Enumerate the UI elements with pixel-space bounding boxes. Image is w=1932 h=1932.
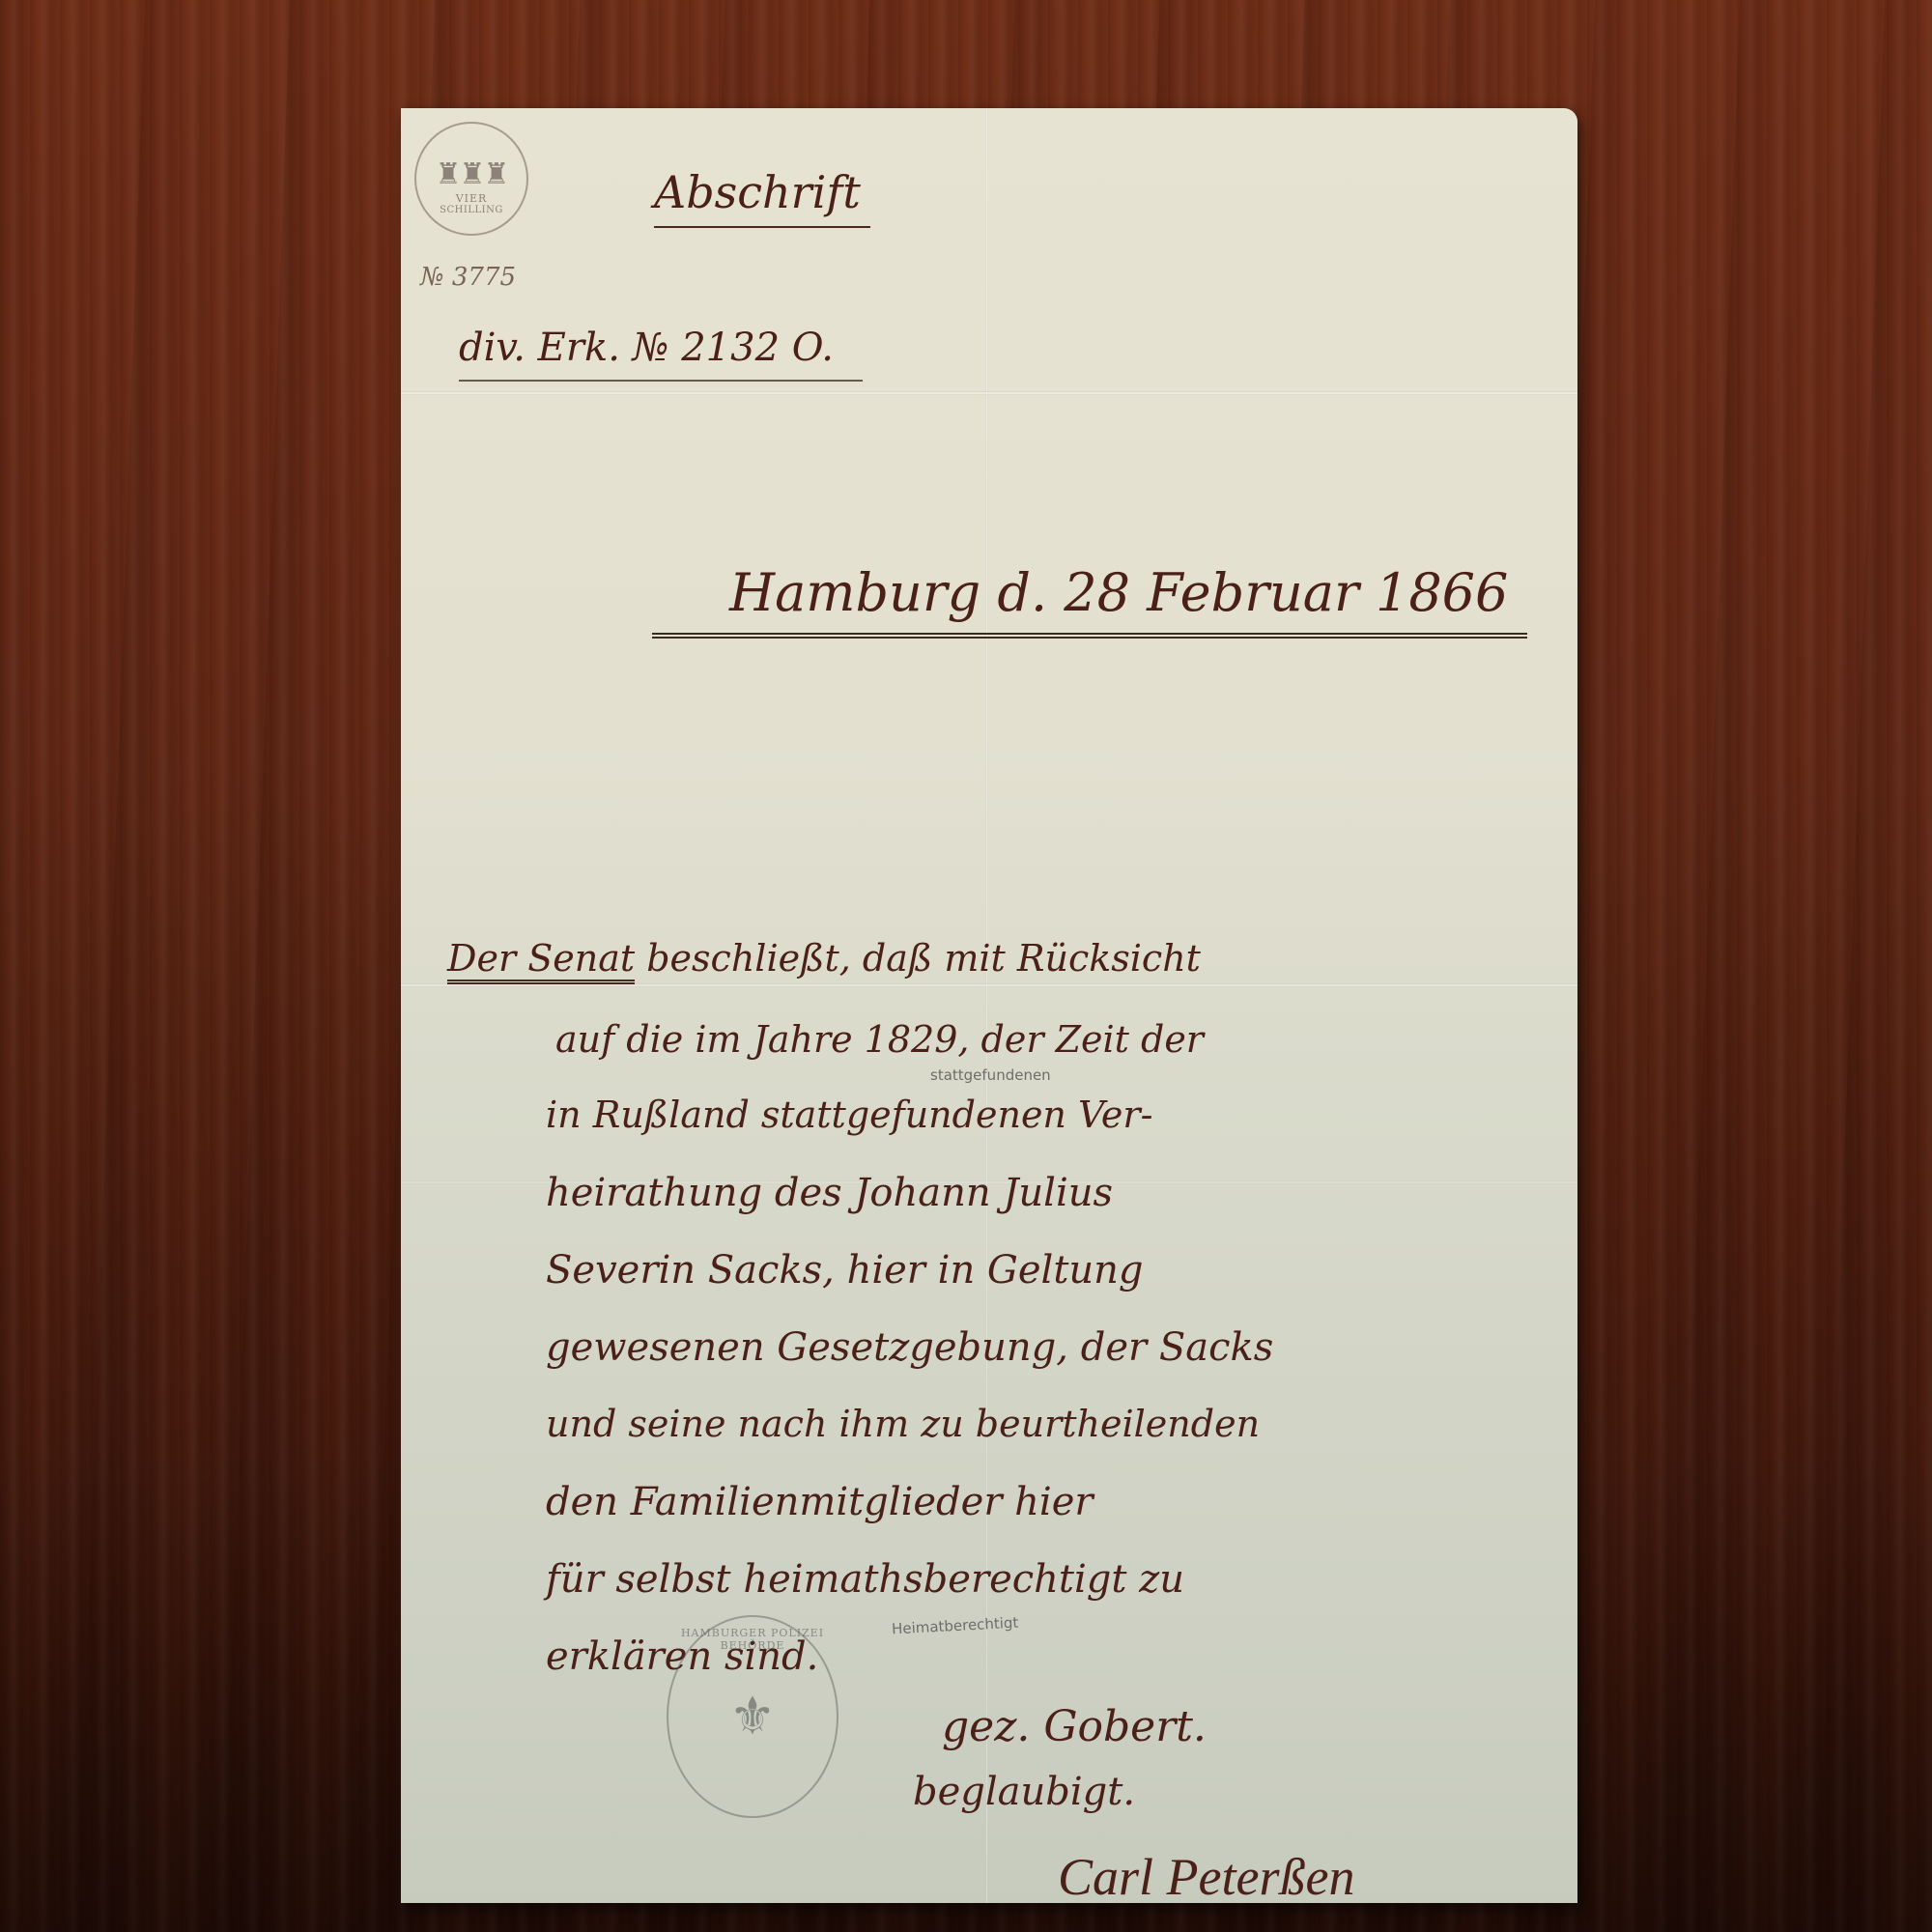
place-and-date: Hamburg d. 28 Februar 1866: [652, 562, 1527, 639]
hamburg-castle-icon: ♜♜♜: [436, 160, 508, 189]
reference-number: div. Erk. № 2132 O.: [459, 326, 863, 382]
body-line-2: auf die im Jahre 1829, der Zeit der: [555, 1018, 1204, 1061]
body-line-4: heirathung des Johann Julius: [546, 1171, 1113, 1215]
body-line-7: und seine nach ihm zu beurtheilenden: [546, 1403, 1260, 1445]
body-line-6: gewesenen Gesetzgebung, der Sacks: [546, 1325, 1273, 1370]
vertical-fold-line: [985, 108, 988, 1903]
tax-stamp-line2: SCHILLING: [440, 205, 503, 216]
crest-icon: ⚜: [729, 1690, 776, 1743]
body-line-5: Severin Sacks, hier in Geltung: [546, 1248, 1144, 1293]
document-paper: ♜♜♜ VIER SCHILLING Abschrift № 3775 div.…: [401, 108, 1577, 1903]
horizontal-fold-line-top: [401, 391, 1577, 395]
pencil-annotation-stattgefundenen: stattgefundenen: [930, 1066, 1051, 1084]
body-line-8: den Familienmitglieder hier: [546, 1480, 1094, 1524]
body-line-1-subject: Der Senat: [447, 937, 635, 984]
tax-stamp-seal: ♜♜♜ VIER SCHILLING: [414, 122, 528, 236]
body-line-1: Der Senat beschließt, daß mit Rücksicht: [447, 937, 1201, 980]
file-number: № 3775: [420, 263, 516, 292]
body-line-9: für selbst heimathsberechtigt zu: [546, 1557, 1184, 1602]
police-authority-seal: HAMBURGER POLIZEI BEHÖRDE ⚜: [667, 1615, 838, 1818]
pencil-annotation-heimatberechtigt: Heimatberechtigt: [892, 1614, 1019, 1638]
official-signature: Carl Peterßen: [1058, 1847, 1354, 1903]
body-line-3: in Rußland stattgefundenen Ver-: [546, 1094, 1152, 1136]
tax-stamp-line1: VIER: [456, 193, 488, 205]
signed-by: gez. Gobert.: [942, 1702, 1207, 1751]
document-heading: Abschrift: [654, 166, 870, 228]
certified-label: beglaubigt.: [913, 1770, 1135, 1814]
seal-text: HAMBURGER POLIZEI BEHÖRDE: [668, 1627, 837, 1652]
body-line-1-rest: beschließt, daß mit Rücksicht: [646, 937, 1201, 980]
